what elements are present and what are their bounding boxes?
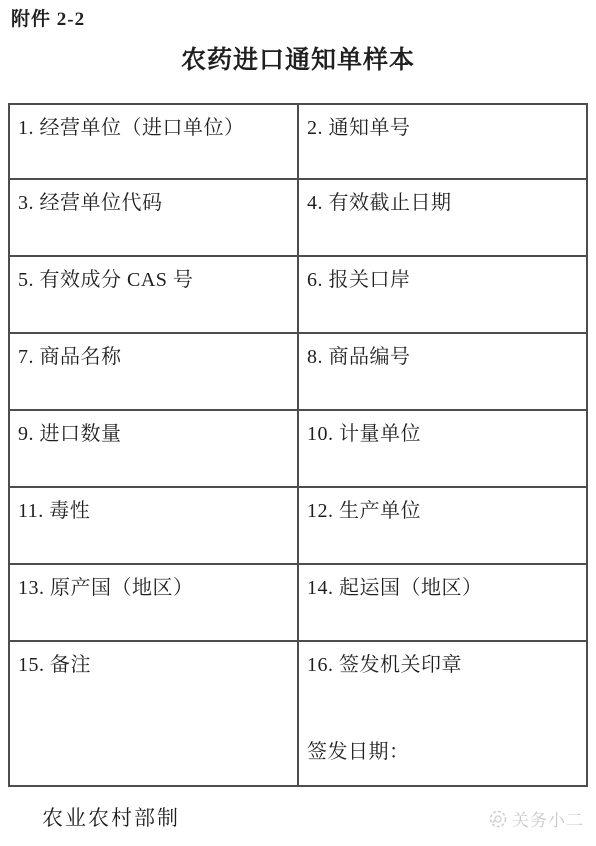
field-5-cas-number: 5. 有效成分 CAS 号 [9,256,298,333]
table-row: 5. 有效成分 CAS 号 6. 报关口岸 [9,256,587,333]
field-label: 13. 原产国（地区） [18,577,194,599]
field-label: 14. 起运国（地区） [307,577,483,599]
table-row: 11. 毒性 12. 生产单位 [9,487,587,564]
table-row: 3. 经营单位代码 4. 有效截止日期 [9,179,587,256]
watermark: 关务小二 [489,806,584,831]
table-row: 13. 原产国（地区） 14. 起运国（地区） [9,564,587,641]
field-2-notice-number: 2. 通知单号 [298,104,587,179]
field-label: 15. 备注 [18,654,91,676]
field-label: 16. 签发机关印章 [307,653,580,678]
field-label: 12. 生产单位 [307,500,421,522]
table-row: 9. 进口数量 10. 计量单位 [9,410,587,487]
field-11-toxicity: 11. 毒性 [9,487,298,564]
field-15-remarks: 15. 备注 [9,641,298,786]
field-13-origin-country: 13. 原产国（地区） [9,564,298,641]
field-label: 4. 有效截止日期 [307,192,452,214]
table-row: 1. 经营单位（进口单位） 2. 通知单号 [9,104,587,179]
field-4-expiry-date: 4. 有效截止日期 [298,179,587,256]
field-label: 10. 计量单位 [307,423,421,445]
attachment-label: 附件 2-2 [11,4,85,31]
field-label: 1. 经营单位（进口单位） [18,117,245,139]
issue-date-label: 签发日期： [307,740,580,765]
field-16-issuing-authority-seal: 16. 签发机关印章 签发日期： [298,641,587,786]
notice-form-table: 1. 经营单位（进口单位） 2. 通知单号 3. 经营单位代码 4. 有效截止日… [8,103,588,787]
field-6-customs-port: 6. 报关口岸 [298,256,587,333]
field-1-business-unit: 1. 经营单位（进口单位） [9,104,298,179]
field-label: 3. 经营单位代码 [18,192,163,214]
watermark-logo-icon [489,810,507,828]
field-8-product-code: 8. 商品编号 [298,333,587,410]
field-9-import-quantity: 9. 进口数量 [9,410,298,487]
watermark-text: 关务小二 [512,806,584,831]
field-label: 2. 通知单号 [307,117,411,139]
field-7-product-name: 7. 商品名称 [9,333,298,410]
issuer-note: 农业农村部制 [42,802,180,832]
field-label: 5. 有效成分 CAS 号 [18,269,193,291]
field-label: 6. 报关口岸 [307,269,411,291]
field-12-producer: 12. 生产单位 [298,487,587,564]
field-3-unit-code: 3. 经营单位代码 [9,179,298,256]
field-14-departure-country: 14. 起运国（地区） [298,564,587,641]
field-label: 9. 进口数量 [18,423,122,445]
field-label: 8. 商品编号 [307,346,411,368]
field-10-measure-unit: 10. 计量单位 [298,410,587,487]
table-row: 15. 备注 16. 签发机关印章 签发日期： [9,641,587,786]
page-title: 农药进口通知单样本 [0,40,596,76]
table-row: 7. 商品名称 8. 商品编号 [9,333,587,410]
field-label: 11. 毒性 [18,500,90,522]
field-label: 7. 商品名称 [18,346,122,368]
